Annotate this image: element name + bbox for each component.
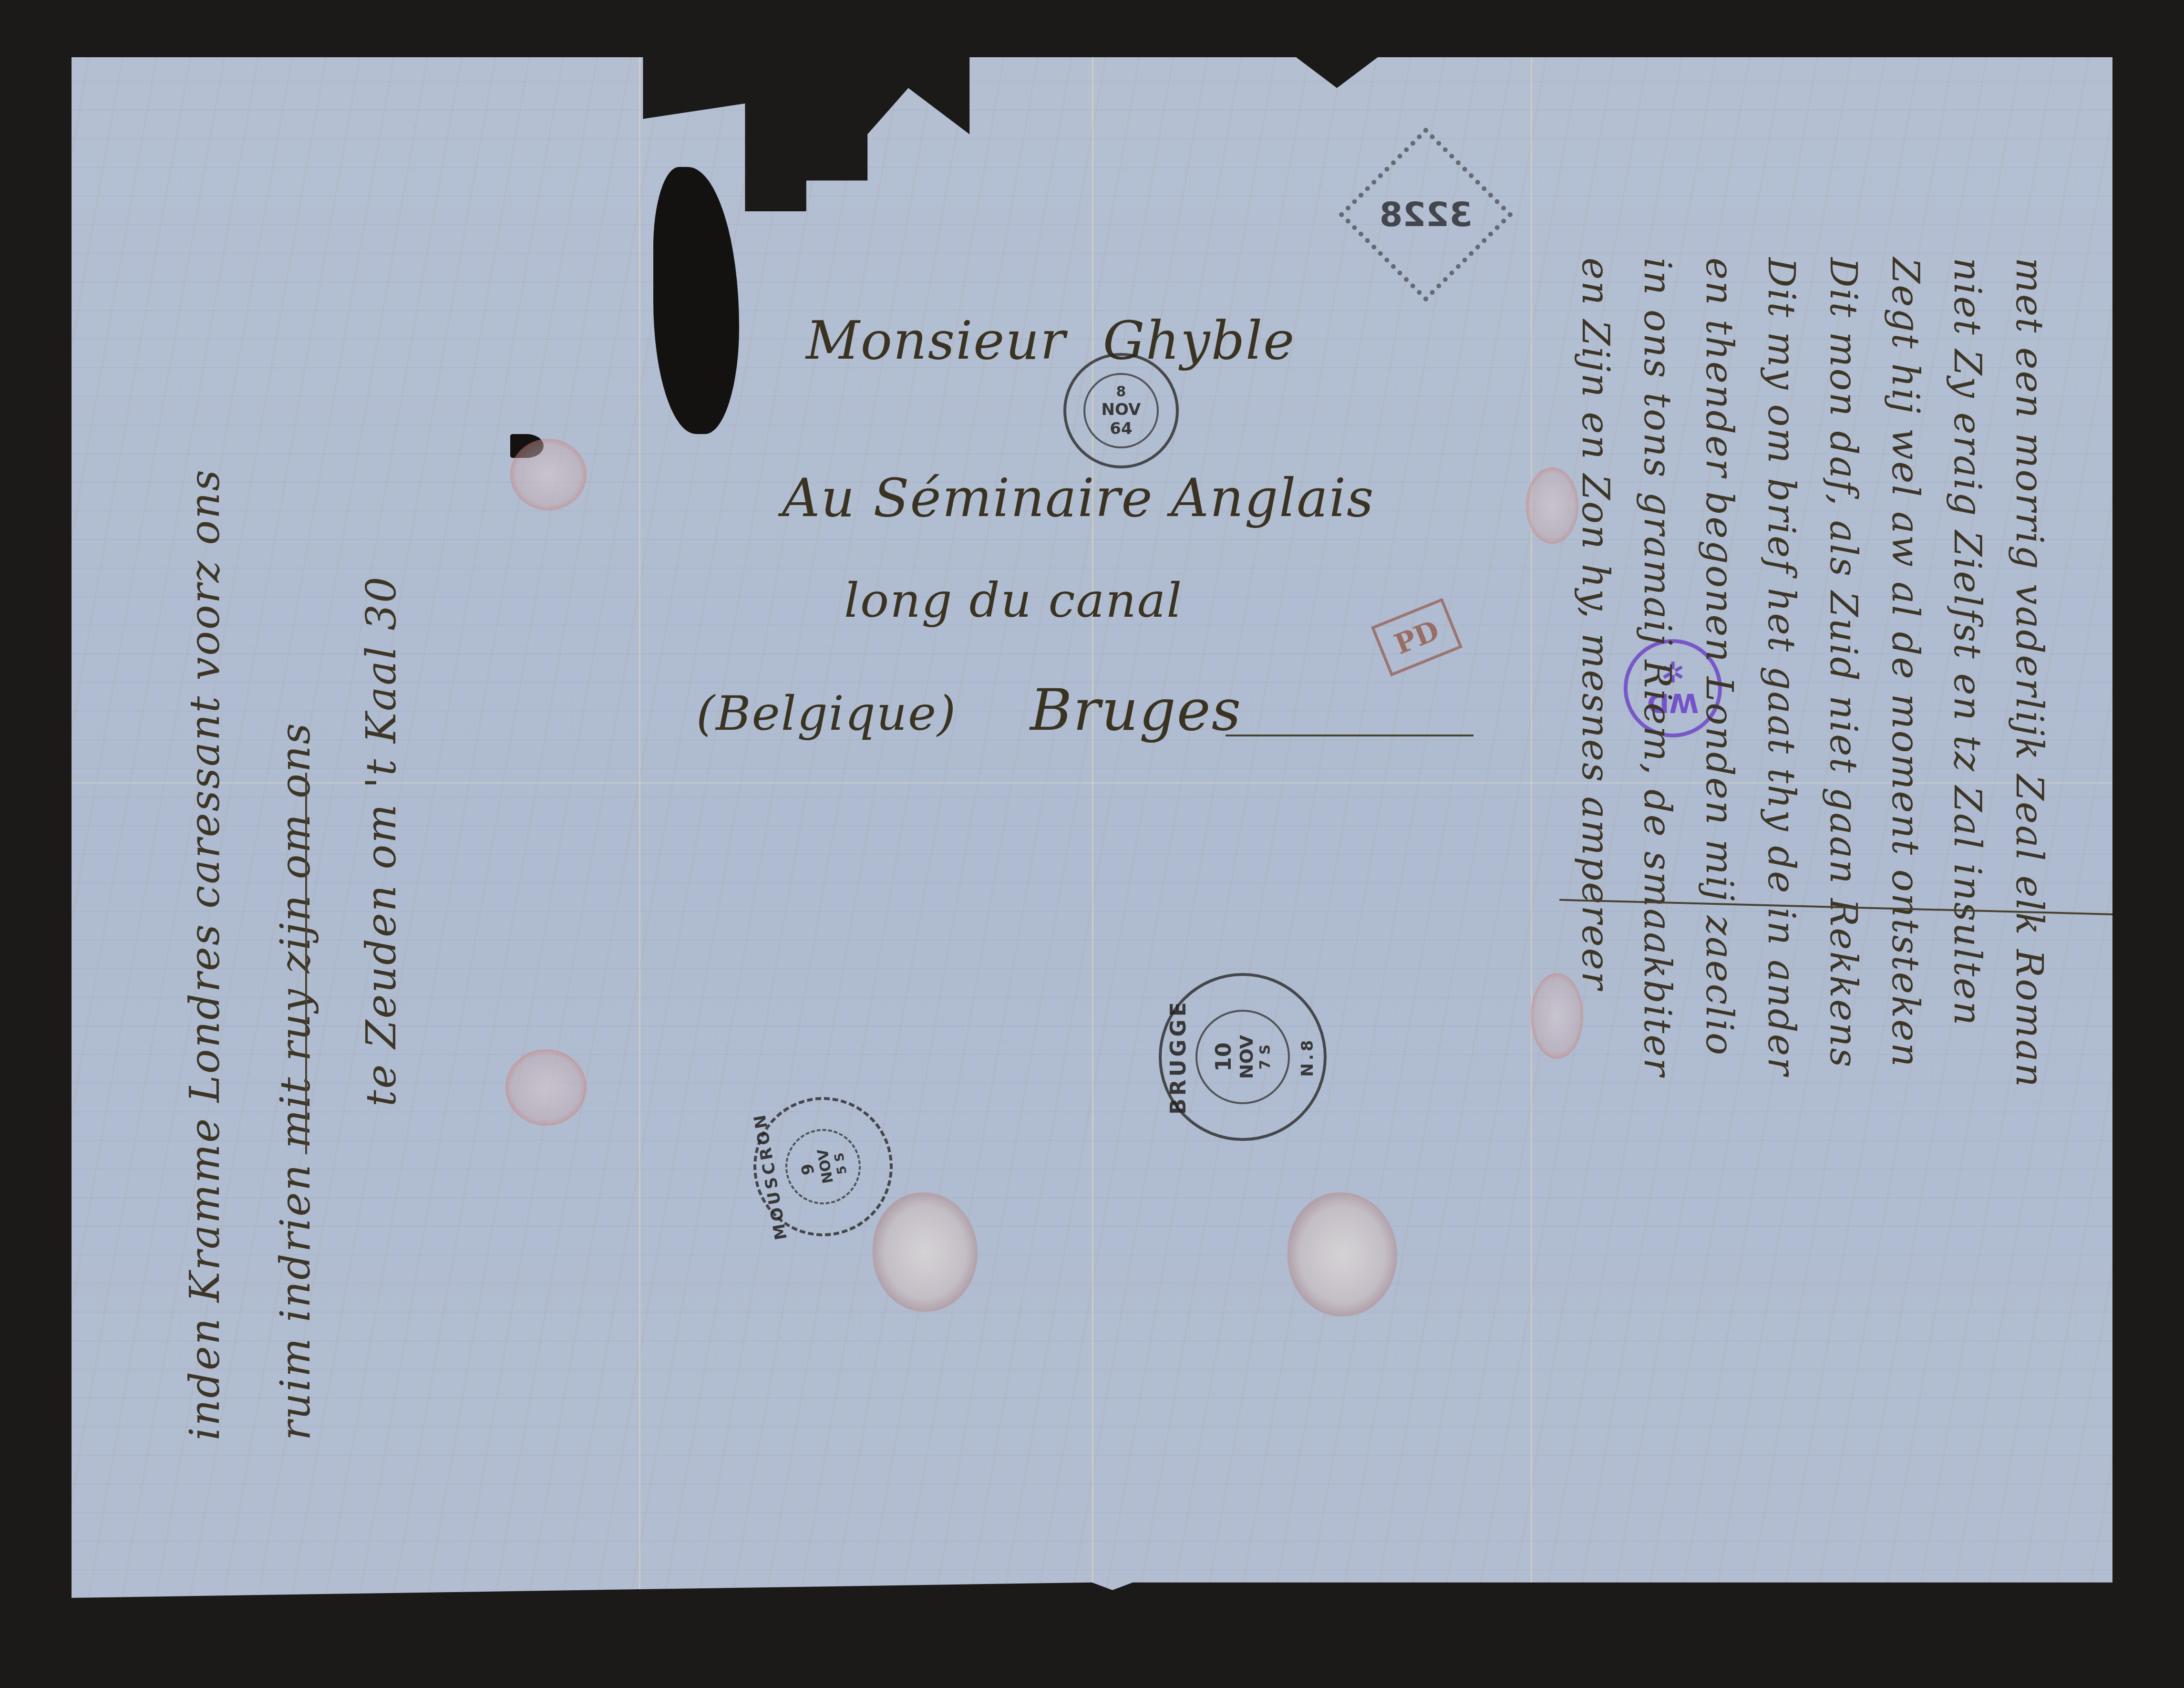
fold-line-right <box>1531 57 1532 1598</box>
left-panel-line-3: te Zeuden om 't Kaal 30 <box>358 575 405 1107</box>
wax-seal-right <box>1288 1192 1397 1316</box>
lozenge-number: 3228 <box>1380 195 1473 234</box>
pd-paid-mark: PD <box>1371 598 1463 677</box>
brugge-postmark-month: NOV <box>1236 1035 1257 1079</box>
left-panel-line-2: ruim indrien mit ruy zijn om ons <box>272 722 319 1440</box>
brugge-postmark-town: BRUGGE <box>1166 999 1191 1114</box>
address-line-city: (Belgique) Bruges <box>696 677 1242 744</box>
origin-postmark-month: NOV <box>1102 400 1141 419</box>
mouscron-postmark-day: 9 <box>797 1162 818 1177</box>
left-panel-line-1: inden Kramme Londres caressant voorz ons <box>181 468 229 1440</box>
brugge-postmark-day: 10 <box>1212 1042 1236 1071</box>
brugge-postmark-time: 7 S <box>1257 1045 1274 1070</box>
address-line-salutation: Monsieur Ghyble <box>806 310 1295 371</box>
right-panel-line-1: met een morrig vaderlijk Zeal elk Roman <box>2008 258 2050 1088</box>
brugge-postmark-suffix: N.8 <box>1298 1037 1317 1077</box>
left-panel-rule <box>305 773 307 1154</box>
address-line-institution: Au Séminaire Anglais <box>782 467 1375 528</box>
right-panel-line-4: Dit mon daf, als Zuid niet gaan Rekkens <box>1822 258 1865 1068</box>
address-country: (Belgique) <box>696 685 957 741</box>
fold-line-left <box>639 57 640 1598</box>
address-underline <box>1226 735 1473 736</box>
wax-seal-trace-right-top <box>1526 467 1578 544</box>
address-line-street: long du canal <box>844 572 1183 628</box>
address-city: Bruges <box>1030 677 1242 744</box>
right-panel-line-7: in ons tons gramaij Riem, de smaakbiter <box>1636 258 1679 1077</box>
wax-seal-trace-top-left <box>510 439 587 510</box>
letter-sheet: Monsieur Ghyble Au Séminaire Anglais lon… <box>72 57 2112 1598</box>
brugge-postmark: BRUGGE 10 NOV 7 S N.8 <box>1159 973 1327 1141</box>
wax-seal-left <box>873 1192 978 1312</box>
fold-line-center <box>1092 57 1093 1598</box>
origin-postmark-year: 64 <box>1110 419 1132 438</box>
address-salutation: Monsieur <box>806 310 1066 371</box>
right-panel-line-3: Zegt hij wel aw al de moment ontsteken <box>1884 258 1926 1068</box>
origin-postmark: 8 NOV 64 <box>1063 353 1179 468</box>
origin-postmark-day: 8 <box>1116 383 1126 400</box>
wax-seal-trace-left <box>505 1049 587 1126</box>
right-panel-line-5: Dit my om brief het gaat thy de in ander <box>1760 258 1803 1077</box>
right-panel-line-6: en thender begonen Londen mij zaeclio <box>1698 258 1741 1056</box>
numeral-lozenge-cancel: 3228 <box>1338 127 1514 302</box>
right-panel-line-8: en Zijn en Zon hy, mesnes ampereer <box>1574 258 1617 991</box>
mouscron-postmark-town: MOUSCRON <box>750 1110 791 1241</box>
